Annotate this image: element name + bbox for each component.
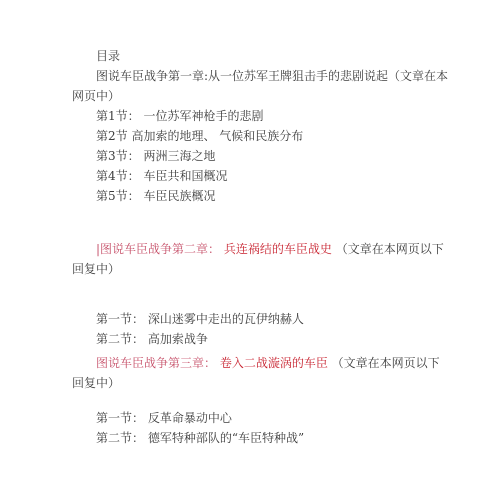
chapter3-heading: 图说车臣战争第三章： 卷入二战漩涡的车臣 （文章在本网页以下回复中） <box>72 353 449 393</box>
chapter3-section-2: 第二节： 德军特种部队的“车臣特种战” <box>72 428 449 448</box>
chapter1-section-3: 第3节： 两洲三海之地 <box>72 146 449 166</box>
chapter3-heading-label: 图说车臣战争第三章： <box>96 356 220 370</box>
toc-title: 目录 <box>72 46 449 66</box>
chapter1-section-5: 第5节： 车臣民族概况 <box>72 186 449 206</box>
chapter1-section-1: 第1节： 一位苏军神枪手的悲剧 <box>72 106 449 126</box>
document-page: 目录 图说车臣战争第一章:从一位苏军王牌狙击手的悲剧说起（文章在本网页中） 第1… <box>0 0 495 495</box>
chapter1-section-2: 第2节 高加索的地理、 气候和民族分布 <box>72 126 449 146</box>
chapter2-section-1: 第一节： 深山迷雾中走出的瓦伊纳赫人 <box>72 309 449 329</box>
chapter2-section-2: 第二节： 高加索战争 <box>72 329 449 349</box>
chapter2-heading-label: |图说车臣战争第二章： <box>96 242 224 256</box>
chapter1-heading: 图说车臣战争第一章:从一位苏军王牌狙击手的悲剧说起（文章在本网页中） <box>72 66 449 106</box>
chapter3-heading-title: 卷入二战漩涡的车臣 <box>220 356 328 370</box>
chapter2-heading-title: 兵连祸结的车臣战史 <box>224 242 332 256</box>
chapter3-section-1: 第一节： 反革命暴动中心 <box>72 408 449 428</box>
chapter2-heading: |图说车臣战争第二章： 兵连祸结的车臣战史 （文章在本网页以下回复中） <box>72 239 449 279</box>
chapter1-section-4: 第4节： 车臣共和国概况 <box>72 166 449 186</box>
